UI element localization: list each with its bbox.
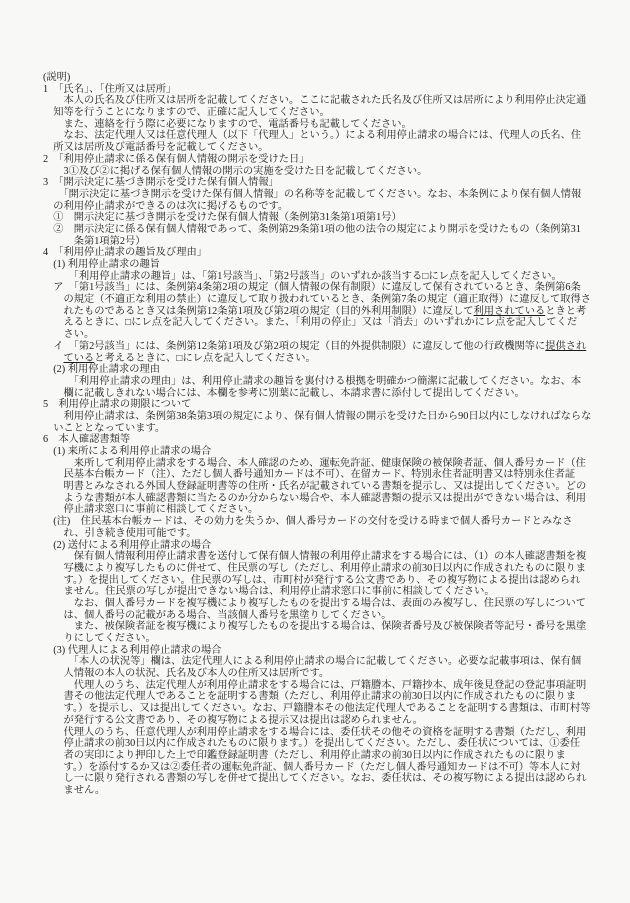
text-line: 停止請求窓口に事前に相談してください。 — [43, 504, 602, 516]
text-line: 写機により複写したものに併せて、住民票の写し（ただし、利用停止請求の前30日以内… — [43, 563, 602, 575]
underlined-text: 利用されている — [474, 306, 546, 317]
text-line: ような書類が本人確認書類に当たるのか分からない場合や、本人確認書類の提示又は提出… — [43, 493, 602, 505]
text-line: 1 「氏名」、「住所又は居所」 — [43, 84, 602, 96]
text-line: 3 「開示決定に基づき開示を受けた保有個人情報」 — [43, 177, 602, 189]
text-line: (2) 送付による利用停止請求の場合 — [43, 540, 602, 552]
text-line: す。）を提出してください。住民票の写しは、市町村が発行する公文書であり、その複写… — [43, 575, 602, 587]
text-line: ていると考えるときに、□にレ点を記入してください。 — [43, 353, 602, 365]
text-line: なお、個人番号カードを複写機により複写したものを提出する場合は、表面のみ複写し、… — [43, 598, 602, 610]
text-line: (2) 利用停止請求の理由 — [43, 364, 602, 376]
text-line: は、個人番号の記載がある場合、当該個人番号を黒塗りしてください。 — [43, 610, 602, 622]
text-line: 人情報の本人の状況、氏名及び本人の住所又は居所です。 — [43, 668, 602, 680]
text-line: イ 「第2号該当」には、条例第12条第1項及び第2項の規定（目的外提供制限）に違… — [43, 341, 602, 353]
text-line: れたものであるとき又は条例第12条第1項及び第2項の規定（目的外利用制限）に違反… — [43, 306, 602, 318]
text-line: れ、引き続き使用可能です。 — [43, 528, 602, 540]
text-line: りにしてください。 — [43, 633, 602, 645]
text-line: の規定（不適正な利用の禁止）に違反して取り扱われているとき、条例第7条の規定（適… — [43, 294, 602, 306]
text-line: 所又は居所及び電話番号を記載してください。 — [43, 142, 602, 154]
document-page: (説明)1 「氏名」、「住所又は居所」 本人の氏名及び住所又は居所を記載してくだ… — [0, 0, 630, 903]
text-line: 3①及び②に掲げる保有個人情報の開示の実施を受けた日を記載してください。 — [43, 166, 602, 178]
text-line: 5 利用停止請求の期限について — [43, 399, 602, 411]
text-line: (3) 代理人による利用停止請求の場合 — [43, 645, 602, 657]
text-line: 6 本人確認書類等 — [43, 434, 602, 446]
text-line: の利用停止請求ができるのは次に掲げるものです。 — [43, 201, 602, 213]
text-line: 「本人の状況等」欄は、法定代理人による利用停止請求の場合に記載してください。必要… — [43, 656, 602, 668]
underlined-text: ている — [64, 353, 95, 364]
underlined-text: 提供され — [545, 341, 586, 352]
text-line: 者の実印により押印した上で印鑑登録証明書（ただし、利用停止請求の前30日以内に作… — [43, 750, 602, 762]
text-line: 4 「利用停止請求の趣旨及び理由」 — [43, 247, 602, 259]
text-line: 来所して利用停止請求をする場合、本人確認のため、運転免許証、健康保険の被保険者証… — [43, 458, 602, 470]
text-line: す。）を添付するか又は②委任者の運転免許証、個人番号カード（ただし個人番号通知カ… — [43, 762, 602, 774]
text-line: す。）を提示し、又は提出してください。なお、戸籍謄本その他法定代理人であることを… — [43, 703, 602, 715]
text-line: ア 「第1号該当」には、条例第4条第2項の規定（個人情報の保有制限）に違反して保… — [43, 282, 602, 294]
text-line: 知等を行うことになりますので、正確に記入してください。 — [43, 107, 602, 119]
text-line: (1) 来所による利用停止請求の場合 — [43, 446, 602, 458]
document-body: (説明)1 「氏名」、「住所又は居所」 本人の氏名及び住所又は居所を記載してくだ… — [43, 72, 602, 797]
text-line: ② 開示決定に係る保有個人情報であって、条例第29条第1項の他の法令の規定により… — [43, 224, 602, 236]
text-line: 書その他法定代理人であることを証明する書類（ただし、利用停止請求の前30日以内に… — [43, 691, 602, 703]
text-line: 「利用停止請求の趣旨」は、「第1号該当」、「第2号該当」のいずれか該当する□にレ… — [43, 271, 602, 283]
text-line: 「開示決定に基づき開示を受けた保有個人情報」の名称等を記載してください。なお、本… — [43, 189, 602, 201]
text-line: 本人の氏名及び住所又は居所を記載してください。ここに記載された氏名及び住所又は居… — [43, 95, 602, 107]
text-line: 代理人のうち、法定代理人が利用停止請求をする場合には、戸籍謄本、戸籍抄本、成年後… — [43, 680, 602, 692]
text-line: 明書とみなされる外国人登録証明書等の住所・氏名が記載されている書類を提示し、又は… — [43, 481, 602, 493]
text-line: 民基本台帳カード（注）、ただし個人番号通知カードは不可）、在留カード、特別永住者… — [43, 469, 602, 481]
text-line: また、連絡を行う際に必要になりますので、電話番号も記載してください。 — [43, 119, 602, 131]
text-line: が発行する公文書であり、その複写物による提示又は提出は認められません。 — [43, 715, 602, 727]
text-line: 2 「利用停止請求に係る保有個人情報の開示を受けた日」 — [43, 154, 602, 166]
text-line: 「利用停止請求の理由」は、利用停止請求の趣旨を裏付ける根拠を明確かつ簡潔に記載し… — [43, 376, 602, 388]
text-line: し一に限り発行される書類の写しを併せて提出してください。なお、委任状は、その複写… — [43, 773, 602, 785]
text-line: 条第1項第2号） — [43, 236, 602, 248]
text-line: 利用停止請求は、条例第38条第3項の規定により、保有個人情報の開示を受けた日から… — [43, 411, 602, 423]
text-line: えるときに、□にレ点を記入してください。また、「利用の停止」又は「消去」のいずれ… — [43, 317, 602, 329]
text-line: ① 開示決定に基づき開示を受けた保有個人情報（条例第31条第1項第1号） — [43, 212, 602, 224]
text-line: なお、法定代理人又は任意代理人（以下「代理人」という。）による利用停止請求の場合… — [43, 130, 602, 142]
text-line: 停止請求の前30日以内に作成されたものに限ります。）を提出してください。ただし、… — [43, 738, 602, 750]
text-line: ません。 — [43, 785, 602, 797]
text-line: さい。 — [43, 329, 602, 341]
text-line: 代理人のうち、任意代理人が利用停止請求をする場合には、委任状その他その資格を証明… — [43, 727, 602, 739]
text-line: (説明) — [43, 72, 602, 84]
text-line: また、被保険者証を複写機により複写したものを提出する場合は、保険者番号及び被保険… — [43, 621, 602, 633]
text-line: 欄に記載しきれない場合には、本欄を参考に別葉に記載し、本請求書に添付して提出して… — [43, 388, 602, 400]
text-line: 保有個人情報利用停止請求書を送付して保有個人情報の利用停止請求をする場合には、（… — [43, 551, 602, 563]
text-line: ません。住民票の写しが提出できない場合は、利用停止請求窓口に事前に相談してくださ… — [43, 586, 602, 598]
text-line: (注) 住民基本台帳カードは、その効力を失うか、個人番号カードの交付を受ける時ま… — [43, 516, 602, 528]
text-line: いこととなっています。 — [43, 423, 602, 435]
text-line: (1) 利用停止請求の趣旨 — [43, 259, 602, 271]
